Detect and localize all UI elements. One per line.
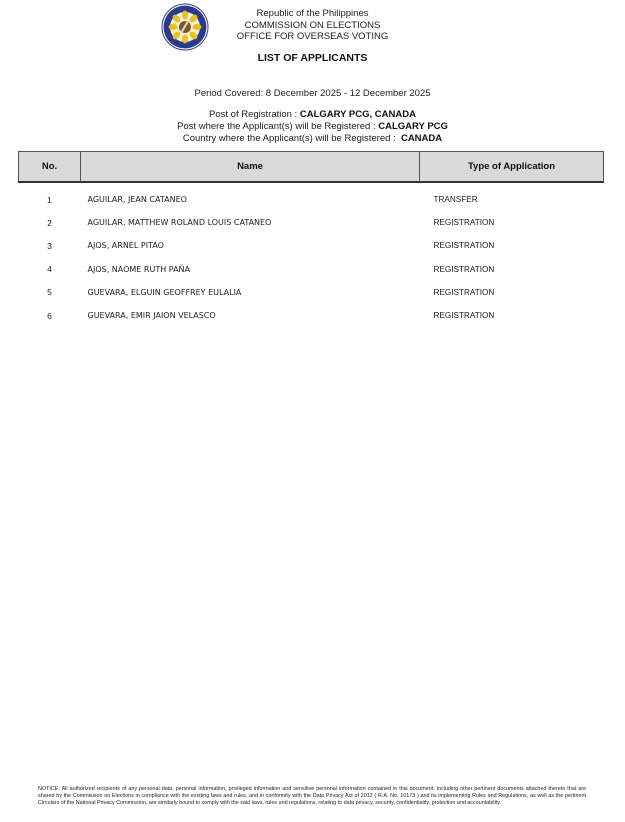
row-number: 5 [19,281,81,304]
document-title: LIST OF APPLICANTS [0,52,625,64]
applicant-name: GUEVARA, ELGUIN GEOFFREY EULALIA [81,281,420,304]
country-value: CANADA [401,133,442,144]
registered-country: Country where the Applicant(s) will be R… [0,133,625,145]
table-header-row: No. Name Type of Application [19,152,604,183]
applicant-name: AGUILAR, JEAN CATANEO [81,188,420,211]
header-line-republic: Republic of the Philippines [200,8,425,20]
registered-post-label: Post where the Applicant(s) will be Regi… [177,121,376,132]
table-row: 2 AGUILAR, MATTHEW ROLAND LOUIS CATANEO … [19,211,604,234]
table-row: 6 GUEVARA, EMIR JAION VELASCO REGISTRATI… [19,304,604,327]
post-value: CALGARY PCG, CANADA [300,109,416,120]
agency-header: Republic of the Philippines COMMISSION O… [200,8,425,43]
period-covered: Period Covered: 8 December 2025 - 12 Dec… [0,88,625,99]
period-label: Period Covered: [194,88,263,99]
application-type: REGISTRATION [420,304,604,327]
privacy-notice: NOTICE: All authorized recipients of any… [38,786,586,808]
application-type: REGISTRATION [420,258,604,281]
applicant-name: AGUILAR, MATTHEW ROLAND LOUIS CATANEO [81,211,420,234]
row-number: 3 [19,234,81,257]
application-type: REGISTRATION [420,234,604,257]
table-row: 1 AGUILAR, JEAN CATANEO TRANSFER [19,188,604,211]
applicant-name: GUEVARA, EMIR JAION VELASCO [81,304,420,327]
period-value: 8 December 2025 - 12 December 2025 [266,88,431,99]
row-number: 6 [19,304,81,327]
table-row: 3 AJOS, ARNEL PITAO REGISTRATION [19,234,604,257]
post-label: Post of Registration : [209,109,297,120]
post-of-registration: Post of Registration : CALGARY PCG, CANA… [0,109,625,121]
table-row: 5 GUEVARA, ELGUIN GEOFFREY EULALIA REGIS… [19,281,604,304]
column-header-name: Name [81,152,420,183]
column-header-no: No. [19,152,81,183]
applicant-name: AJOS, ARNEL PITAO [81,234,420,257]
header-line-office: OFFICE FOR OVERSEAS VOTING [200,31,425,43]
registration-info: Post of Registration : CALGARY PCG, CANA… [0,109,625,145]
row-number: 4 [19,258,81,281]
header-line-commission: COMMISSION ON ELECTIONS [200,20,425,32]
table-row: 4 AJOS, NAOME RUTH PAÑA REGISTRATION [19,258,604,281]
country-label: Country where the Applicant(s) will be R… [183,133,396,144]
row-number: 1 [19,188,81,211]
application-type: TRANSFER [420,188,604,211]
registered-post: Post where the Applicant(s) will be Regi… [0,121,625,133]
applicants-table: No. Name Type of Application 1 AGUILAR, … [18,151,604,327]
application-type: REGISTRATION [420,281,604,304]
row-number: 2 [19,211,81,234]
applicant-name: AJOS, NAOME RUTH PAÑA [81,258,420,281]
registered-post-value: CALGARY PCG [378,121,448,132]
application-type: REGISTRATION [420,211,604,234]
column-header-type: Type of Application [420,152,604,183]
